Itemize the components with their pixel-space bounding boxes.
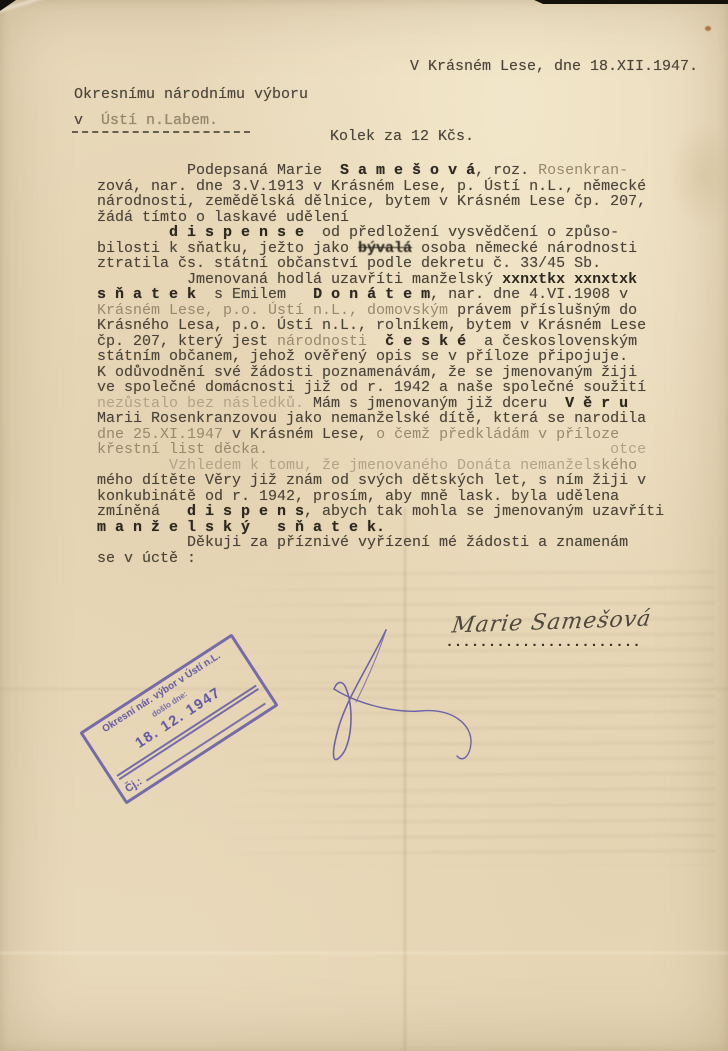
body-segment: s ň a t e k: [97, 286, 196, 303]
body-line: d i s p e n s e od předložení vysvědčení…: [97, 225, 664, 241]
body-segment: m a n ž e l s k ý s ň a t e k.: [97, 519, 385, 536]
body-segment: , roz.: [475, 162, 538, 179]
document-page: V Krásném Lese, dne 18.XII.1947. Okresní…: [0, 0, 728, 1051]
body-line: m a n ž e l s k ý s ň a t e k.: [97, 520, 664, 536]
body-segment: právem příslušným do: [457, 302, 637, 319]
body-line: Krásného Lesa, p.o. Ústí n.L., rolníkem,…: [97, 318, 664, 334]
body-line: s ň a t e k s Emilem D o n á t e m, nar.…: [97, 287, 664, 303]
body-segment: , nar. dne 4.VI.1908 v: [430, 286, 628, 303]
body-segment: č e s k é: [385, 333, 466, 350]
body-line: zmíněná d i s p e n s, abych tak mohla s…: [97, 504, 664, 520]
body-segment: v Krásném Lese,: [232, 426, 376, 443]
body-segment: [97, 224, 169, 241]
body-line: čp. 207, který jest národnosti č e s k é…: [97, 334, 664, 350]
body-line: dne 25.XI.1947 v Krásném Lese, o čemž př…: [97, 427, 664, 443]
body-segment: s Emilem: [196, 286, 313, 303]
body-segment: ve společné domácnosti již od r. 1942 a …: [97, 379, 646, 396]
typed-underline: [72, 131, 250, 133]
body-line: Jmenovaná hodlá uzavříti manželský xxnxt…: [97, 272, 664, 288]
body-segment: D o n á t e m: [313, 286, 430, 303]
body-segment: Mám s jmenovaným již dceru: [313, 395, 565, 412]
body-segment: Marii Rosenkranzovou jako nemanželské dí…: [97, 410, 646, 427]
body-segment: bilosti k sňatku, ježto jako: [97, 240, 358, 257]
recipient-line-1: Okresnímu národnímu výboru: [74, 86, 308, 103]
body-line: Krásném Lese, p.o. Ústí n.L., domovským …: [97, 303, 664, 319]
body-segment: Jmenovaná hodlá uzavříti manželský: [97, 271, 502, 288]
body-line: konkubinátě od r. 1942, prosím, aby mně …: [97, 489, 664, 505]
stamp-ref-label: Čj.:: [123, 776, 144, 796]
recipient-line-2: v Ústí n.Labem.: [74, 112, 218, 129]
body-line: křestní list děcka. otce: [97, 442, 664, 458]
body-segment: žádá tímto o laskavé udělení: [97, 209, 349, 226]
body-segment: , abych tak mohla se jmenovaným uzavříti: [304, 503, 664, 520]
body-line: státním občanem, jehož ověřený opis se v…: [97, 349, 664, 365]
body-segment: dne 25.XI.1947: [97, 426, 232, 443]
body-segment: a československým: [466, 333, 637, 350]
body-segment: nezůstalo bez následků.: [97, 395, 313, 412]
body-segment: ztratila čs. státní občanství podle dekr…: [97, 255, 601, 272]
body-line: K odůvodnění své žádosti poznamenávám, ž…: [97, 365, 664, 381]
paper-stain: [668, 120, 728, 230]
body-segment: se v úctě :: [97, 550, 196, 567]
body-segment: od předložení vysvědčení o způso-: [304, 224, 619, 241]
body-line: Marii Rosenkranzovou jako nemanželské dí…: [97, 411, 664, 427]
body-segment: Rosenkran-: [538, 162, 628, 179]
body-segment: mého dítěte Věry již znám od svých dětsk…: [97, 472, 646, 489]
body-line: zová, nar. dne 3.V.1913 v Krásném Lese, …: [97, 179, 664, 195]
body-segment: zová, nar. dne 3.V.1913 v Krásném Lese, …: [97, 178, 646, 195]
stamp-fee-note: Kolek za 12 Kčs.: [330, 128, 474, 145]
body-line: bilosti k sňatku, ježto jako bývalá osob…: [97, 241, 664, 257]
body-segment: d i s p e n s: [187, 503, 304, 520]
place-date-line: V Krásném Lese, dne 18.XII.1947.: [410, 58, 698, 75]
body-line: žádá tímto o laskavé udělení: [97, 210, 664, 226]
body-segment: d i s p e n s e: [169, 224, 304, 241]
signature-dotted-line: .......................: [445, 634, 641, 651]
body-line: mého dítěte Věry již znám od svých dětsk…: [97, 473, 664, 489]
body-line: Vzhledem k tomu, že jmenovaného Donáta n…: [97, 458, 664, 474]
body-segment: Vzhledem k tomu, že jmenovaného Donáta n…: [97, 457, 601, 474]
body-segment: čp. 207, který jest: [97, 333, 277, 350]
body-segment: národnosti: [277, 333, 367, 350]
body-segment: otce: [610, 441, 646, 458]
body-line: nezůstalo bez následků. Mám s jmenovaným…: [97, 396, 664, 412]
body-segment: zmíněná: [97, 503, 187, 520]
body-segment: Děkuji za příznivé vyřízení mé žádosti a…: [97, 534, 628, 551]
corner-crease: [0, 0, 96, 15]
body-segment: státním občanem, jehož ověřený opis se v…: [97, 348, 628, 365]
body-segment: V ě r u: [565, 395, 628, 412]
body-segment: xxnxtkx xxnxtxk: [502, 271, 637, 288]
body-segment: Krásném Lese, p.o. Ústí n.L., domovským: [97, 302, 457, 319]
rust-speck: [705, 26, 711, 31]
horizontal-fold-crease-lower: [0, 952, 728, 954]
body-segment: národnosti, zemědělská dělnice, bytem v …: [97, 193, 646, 210]
body-segment: konkubinátě od r. 1942, prosím, aby mně …: [97, 488, 619, 505]
body-segment: S a m e š o v á: [340, 162, 475, 179]
body-line: ve společné domácnosti již od r. 1942 a …: [97, 380, 664, 396]
body-segment: osoba německé národnosti: [412, 240, 637, 257]
body-segment: Krásného Lesa, p.o. Ústí n.L., rolníkem,…: [97, 317, 646, 334]
body-segment: křestní list děcka.: [97, 441, 268, 458]
body-line: národnosti, zemědělská dělnice, bytem v …: [97, 194, 664, 210]
body-segment: bývalá: [358, 240, 412, 257]
body-segment: [268, 441, 610, 458]
body-segment: o čemž předkládám v příloze: [376, 426, 619, 443]
body-text: Podepsaná Marie S a m e š o v á, roz. Ro…: [97, 163, 664, 566]
recipient-place: Ústí n.Labem.: [83, 112, 218, 129]
body-line: Děkuji za příznivé vyřízení mé žádosti a…: [97, 535, 664, 551]
recipient-prefix: v: [74, 112, 83, 129]
body-segment: Podepsaná Marie: [97, 162, 340, 179]
body-line: Podepsaná Marie S a m e š o v á, roz. Ro…: [97, 163, 664, 179]
body-segment: K odůvodnění své žádosti poznamenávám, ž…: [97, 364, 637, 381]
body-line: ztratila čs. státní občanství podle dekr…: [97, 256, 664, 272]
body-segment: kého: [601, 457, 637, 474]
body-segment: [367, 333, 385, 350]
